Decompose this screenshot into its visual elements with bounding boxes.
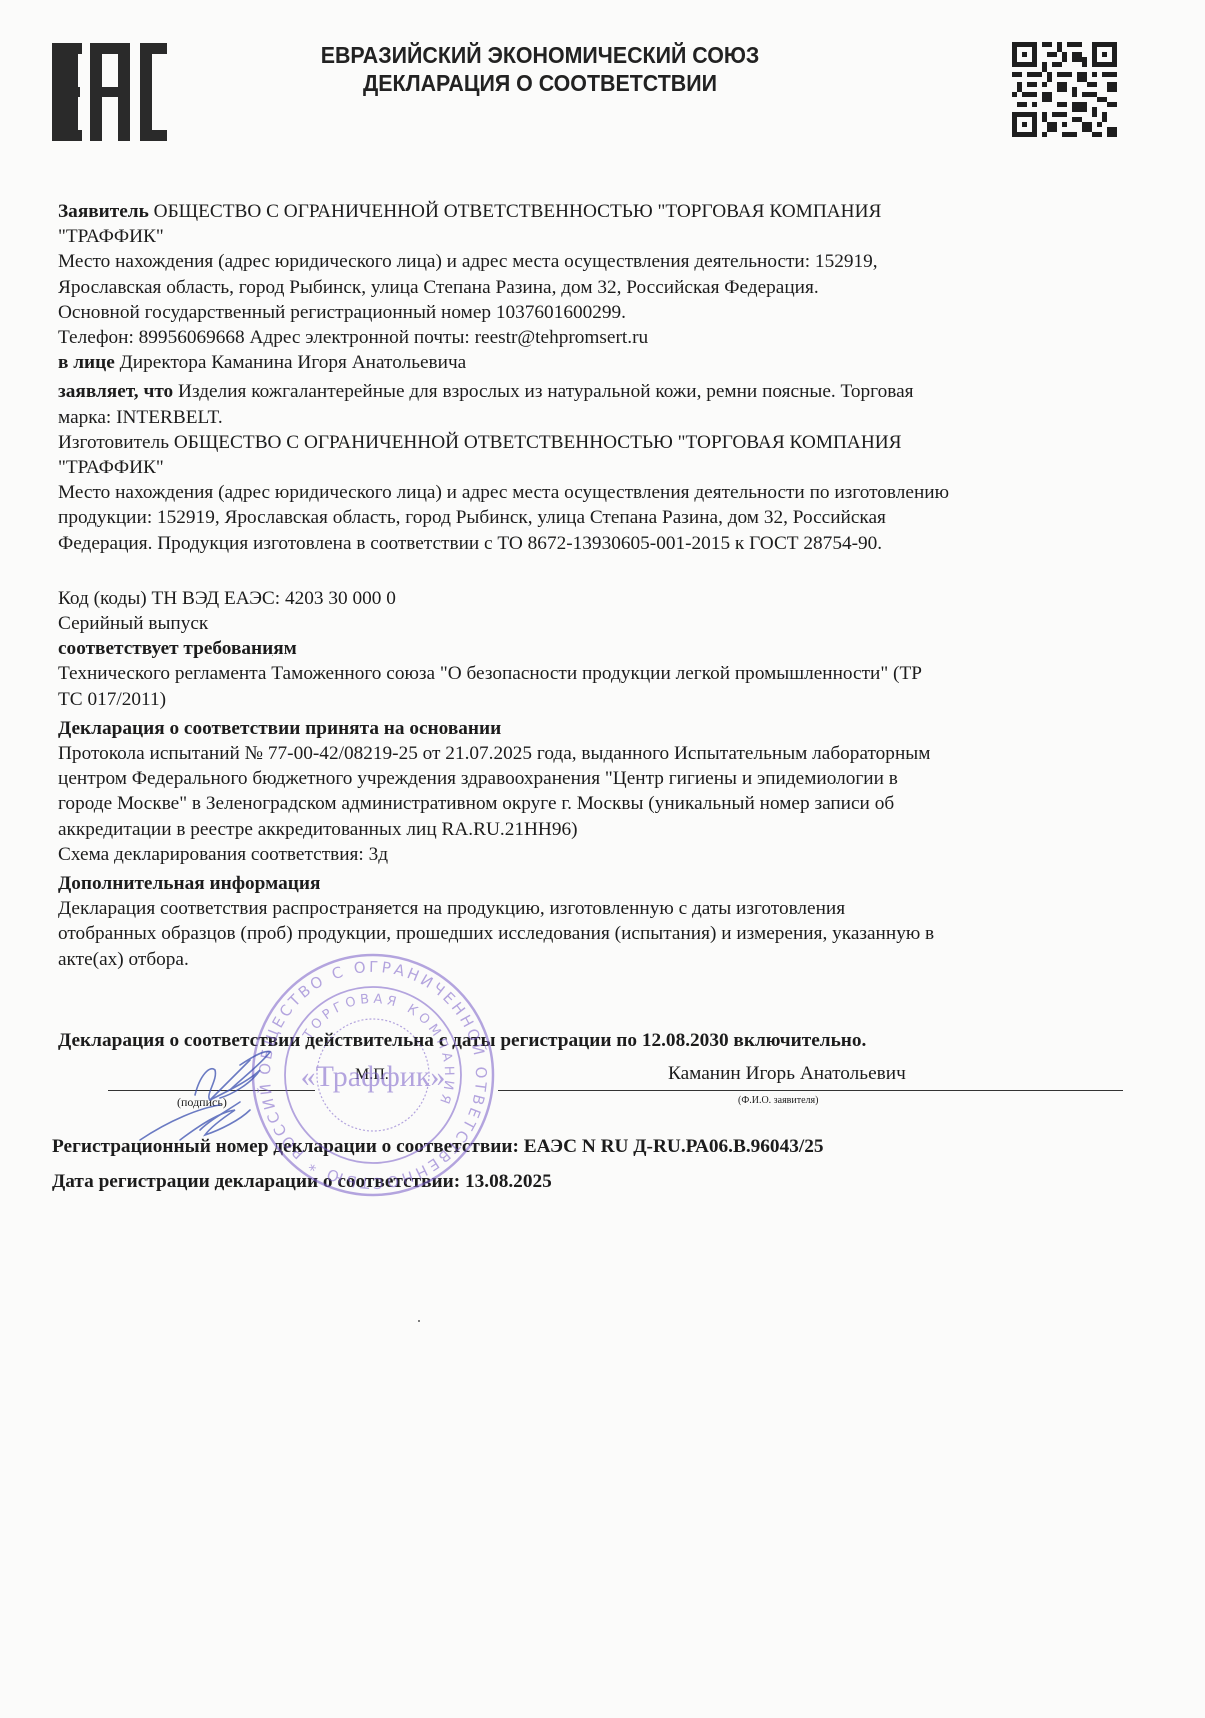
registration-date: Дата регистрации декларации о соответств…	[52, 1171, 552, 1193]
additional-info-line-2: отобранных образцов (проб) продукции, пр…	[58, 921, 1158, 946]
declares-section: заявляет, что Изделия кожгалантерейные д…	[58, 379, 1158, 429]
signature-line	[108, 1090, 315, 1091]
signer-name-line	[498, 1090, 1123, 1091]
declaration-scheme: Схема декларирования соответствия: 3д	[58, 842, 1158, 867]
regulation-text-cont: ТС 017/2011)	[58, 687, 1158, 712]
basis-section: Декларация о соответствии принята на осн…	[58, 716, 1158, 867]
applicant-ogrn: Основной государственный регистрационный…	[58, 300, 1158, 325]
applicant-address-cont: Ярославская область, город Рыбинск, улиц…	[58, 275, 1158, 300]
signature-caption: (подпись)	[177, 1095, 227, 1110]
manufacturer-name-cont: "ТРАФФИК"	[58, 455, 1158, 480]
applicant-section: Заявитель ОБЩЕСТВО С ОГРАНИЧЕННОЙ ОТВЕТС…	[58, 199, 1158, 375]
manufacturer-name: ОБЩЕСТВО С ОГРАНИЧЕННОЙ ОТВЕТСТВЕННОСТЬЮ…	[174, 432, 902, 453]
compliance-section: соответствует требованиям Технического р…	[58, 636, 1158, 712]
manufacturer-label: Изготовитель	[58, 432, 169, 453]
document-type-title: ДЕКЛАРАЦИЯ О СООТВЕТСТВИИ	[270, 69, 809, 97]
basis-line-3: городе Москве" в Зеленоградском админист…	[58, 791, 1158, 816]
basis-line-2: центром Федерального бюджетного учрежден…	[58, 766, 1158, 791]
basis-line-1: Протокола испытаний № 77-00-42/08219-25 …	[58, 741, 1158, 766]
product-description-cont: марка: INTERBELT.	[58, 405, 1158, 430]
eac-mark-icon	[52, 43, 167, 141]
signer-name: Каманин Игорь Анатольевич	[668, 1063, 906, 1085]
basis-heading: Декларация о соответствии принята на осн…	[58, 716, 1158, 741]
applicant-name: ОБЩЕСТВО С ОГРАНИЧЕННОЙ ОТВЕТСТВЕННОСТЬЮ…	[154, 201, 882, 222]
product-description: Изделия кожгалантерейные для взрослых из…	[178, 381, 914, 402]
additional-info-heading: Дополнительная информация	[58, 871, 1158, 896]
signer-caption: (Ф.И.О. заявителя)	[738, 1095, 818, 1106]
declares-label: заявляет, что	[58, 381, 173, 402]
eac-logo	[52, 43, 167, 141]
declaration-body: Заявитель ОБЩЕСТВО С ОГРАНИЧЕННОЙ ОТВЕТС…	[58, 199, 1158, 972]
compliance-heading: соответствует требованиям	[58, 636, 1158, 661]
additional-info-section: Дополнительная информация Декларация соо…	[58, 871, 1158, 972]
union-title: ЕВРАЗИЙСКИЙ ЭКОНОМИЧЕСКИЙ СОЮЗ	[270, 41, 809, 69]
scan-speck	[418, 1320, 420, 1322]
regulation-text: Технического регламента Таможенного союз…	[58, 661, 1158, 686]
validity-statement: Декларация о соответствии действительна …	[58, 1030, 866, 1052]
basis-line-4: аккредитации в реестре аккредитованных л…	[58, 817, 1158, 842]
manufacturer-section: Изготовитель ОБЩЕСТВО С ОГРАНИЧЕННОЙ ОТВ…	[58, 430, 1158, 556]
applicant-contacts: Телефон: 89956069668 Адрес электронной п…	[58, 325, 1158, 350]
manufacturer-address-cont: продукции: 152919, Ярославская область, …	[58, 505, 1158, 530]
applicant-address: Место нахождения (адрес юридического лиц…	[58, 249, 1158, 274]
document-header: ЕВРАЗИЙСКИЙ ЭКОНОМИЧЕСКИЙ СОЮЗ ДЕКЛАРАЦИ…	[270, 41, 809, 97]
qr-code-icon[interactable]	[1012, 42, 1117, 137]
registration-number: Регистрационный номер декларации о соотв…	[52, 1136, 824, 1158]
scan-speck	[272, 655, 273, 656]
applicant-label: Заявитель	[58, 201, 149, 222]
additional-info-line-1: Декларация соответствия распространяется…	[58, 896, 1158, 921]
product-info-section: Код (коды) ТН ВЭД ЕАЭС: 4203 30 000 0 Се…	[58, 586, 1158, 636]
represented-by: Директора Каманина Игоря Анатольевича	[120, 352, 467, 373]
manufacturer-address: Место нахождения (адрес юридического лиц…	[58, 480, 1158, 505]
hs-code: Код (коды) ТН ВЭД ЕАЭС: 4203 30 000 0	[58, 586, 1158, 611]
applicant-name-cont: "ТРАФФИК"	[58, 224, 1158, 249]
represented-label: в лице	[58, 352, 115, 373]
additional-info-line-3: акте(ах) отбора.	[58, 947, 1158, 972]
manufacturer-address-cont2: Федерация. Продукция изготовлена в соотв…	[58, 531, 1158, 556]
release-type: Серийный выпуск	[58, 611, 1158, 636]
seal-label: М.П.	[355, 1066, 389, 1084]
